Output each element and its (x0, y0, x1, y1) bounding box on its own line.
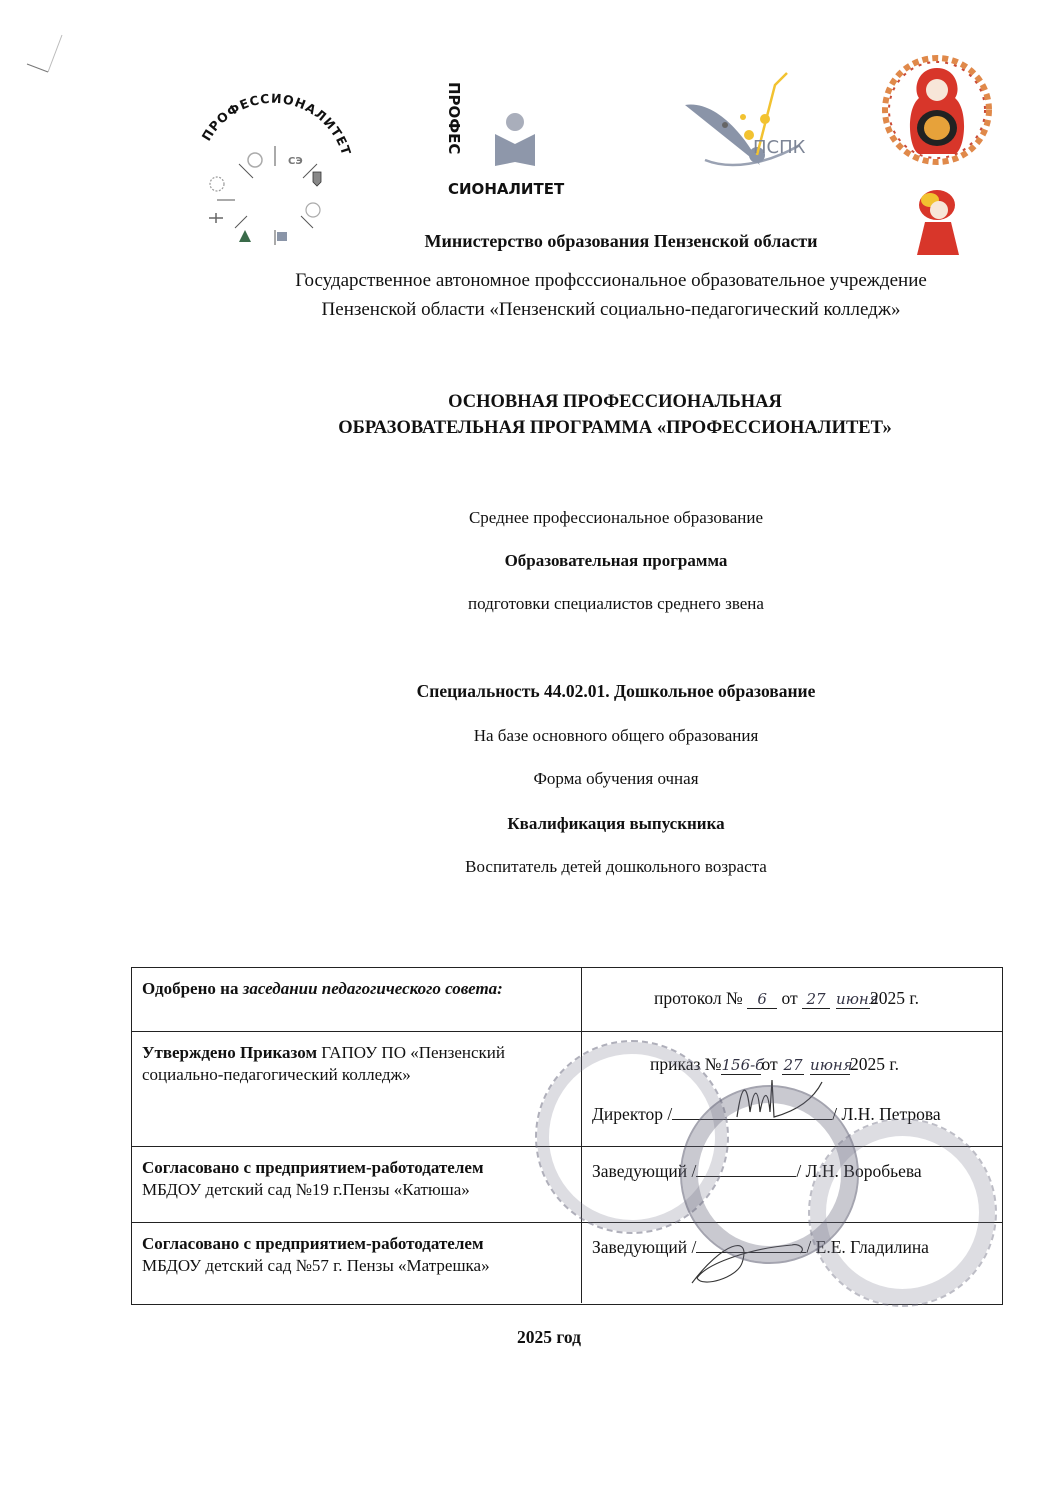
approval-label-italic: заседании педагогического совета: (243, 979, 503, 998)
order-suffix: 2025 г. (850, 1054, 899, 1074)
program-title-line-2: ОБРАЗОВАТЕЛЬНАЯ ПРОГРАММА «ПРОФЕССИОНАЛИ… (86, 418, 1058, 439)
program-subtype: подготовки специалистов среднего звена (87, 594, 1058, 614)
study-form: Форма обучения очная (87, 769, 1058, 789)
protocol-number: 6 (747, 990, 777, 1009)
agreement-cell-matryoshka: Согласовано с предприятием-работодателем… (132, 1223, 582, 1303)
agreement-label: Согласовано с предприятием-работодателем (142, 1233, 571, 1255)
book-logo-horizontal-label: СИОНАЛИТЕТ (448, 180, 564, 198)
director-signature (732, 1072, 852, 1122)
document-year: 2025 год (20, 1327, 1058, 1348)
head-role: Заведующий / (592, 1237, 696, 1257)
ministry-name: Министерство образования Пензенской обла… (92, 231, 1058, 252)
table-row: Согласовано с предприятием-работодателем… (132, 1223, 1002, 1303)
svg-text:ПРОФЕССИОНАЛИТЕТ: ПРОФЕССИОНАЛИТЕТ (199, 91, 355, 158)
approval-cell-order: Утверждено Приказом ГАПОУ ПО «Пензенский… (132, 1032, 582, 1146)
circle-logo-label: ПРОФЕССИОНАЛИТЕТ (199, 91, 355, 158)
protocol-prefix: протокол № (654, 988, 747, 1008)
protocol-date-day: 27 (802, 990, 830, 1009)
education-basis: На базе основного общего образования (87, 726, 1058, 746)
institution-line-2: Пензенской области «Пензенский социально… (82, 299, 1058, 321)
agreement-label: Согласовано с предприятием-работодателем (142, 1157, 571, 1179)
pspk-label: ПСПК (753, 137, 806, 158)
specialty: Специальность 44.02.01. Дошкольное образ… (87, 681, 1058, 702)
program-type: Образовательная программа (87, 551, 1058, 571)
table-row: Одобрено на заседании педагогического со… (132, 968, 1002, 1032)
order-cell: приказ №156-бот 27июня2025 г. Директор /… (582, 1032, 1002, 1146)
qualification-value: Воспитатель детей дошкольного возраста (87, 857, 1058, 877)
qualification-label: Квалификация выпускника (87, 814, 1058, 834)
order-label: Утверждено Приказом (142, 1043, 317, 1062)
book-logo-vertical-label: ПРОФЕС (445, 82, 463, 154)
protocol-cell: протокол № 6 от 27июня2025 г. (582, 968, 1002, 1031)
head-name: / Е.Е. Гладилина (806, 1237, 929, 1257)
protocol-suffix: 2025 г. (870, 988, 919, 1008)
protocol-mid: от (777, 988, 802, 1008)
matryoshka-signature-cell: Заведующий // Е.Е. Гладилина (582, 1223, 1002, 1303)
head-role: Заведующий / (592, 1161, 696, 1181)
order-prefix: приказ № (650, 1054, 721, 1074)
head-signature-line (696, 1176, 796, 1177)
head-signature (682, 1223, 822, 1293)
approval-label: Одобрено на (142, 979, 243, 998)
institution-line-1: Государственное автономное профсссиональ… (82, 270, 1058, 292)
table-row: Утверждено Приказом ГАПОУ ПО «Пензенский… (132, 1032, 1002, 1147)
agreement-employer: МБДОУ детский сад №57 г. Пензы «Матрешка… (142, 1255, 571, 1277)
professionalitet-circle-logo: ПРОФЕССИОНАЛИТЕТ СЭ (195, 80, 370, 245)
scan-artifact (12, 30, 72, 80)
agreement-employer: МБДОУ детский сад №19 г.Пензы «Катюша» (142, 1179, 571, 1201)
protocol-date-month: июня (836, 990, 870, 1009)
agreement-cell-katyusha: Согласовано с предприятием-работодателем… (132, 1147, 582, 1222)
professionalitet-book-logo: ПРОФЕС СИОНАЛИТЕТ (440, 80, 610, 205)
program-title-line-1: ОСНОВНАЯ ПРОФЕССИОНАЛЬНАЯ (86, 392, 1058, 413)
table-row: Согласовано с предприятием-работодателем… (132, 1147, 1002, 1223)
matryoshka-logo (875, 50, 1000, 260)
director-role: Директор / (592, 1104, 672, 1124)
order-mid: от (761, 1054, 782, 1074)
svg-text:СЭ: СЭ (288, 156, 303, 167)
approval-cell-pedagogical-council: Одобрено на заседании педагогического со… (132, 968, 582, 1031)
pspk-logo: ПСПК (675, 65, 825, 185)
approval-table: Одобрено на заседании педагогического со… (131, 967, 1003, 1305)
head-name: / Л.Н. Воробьева (796, 1161, 921, 1181)
education-level: Среднее профессиональное образование (87, 508, 1058, 528)
katyusha-signature-cell: Заведующий // Л.Н. Воробьева (582, 1147, 1002, 1222)
